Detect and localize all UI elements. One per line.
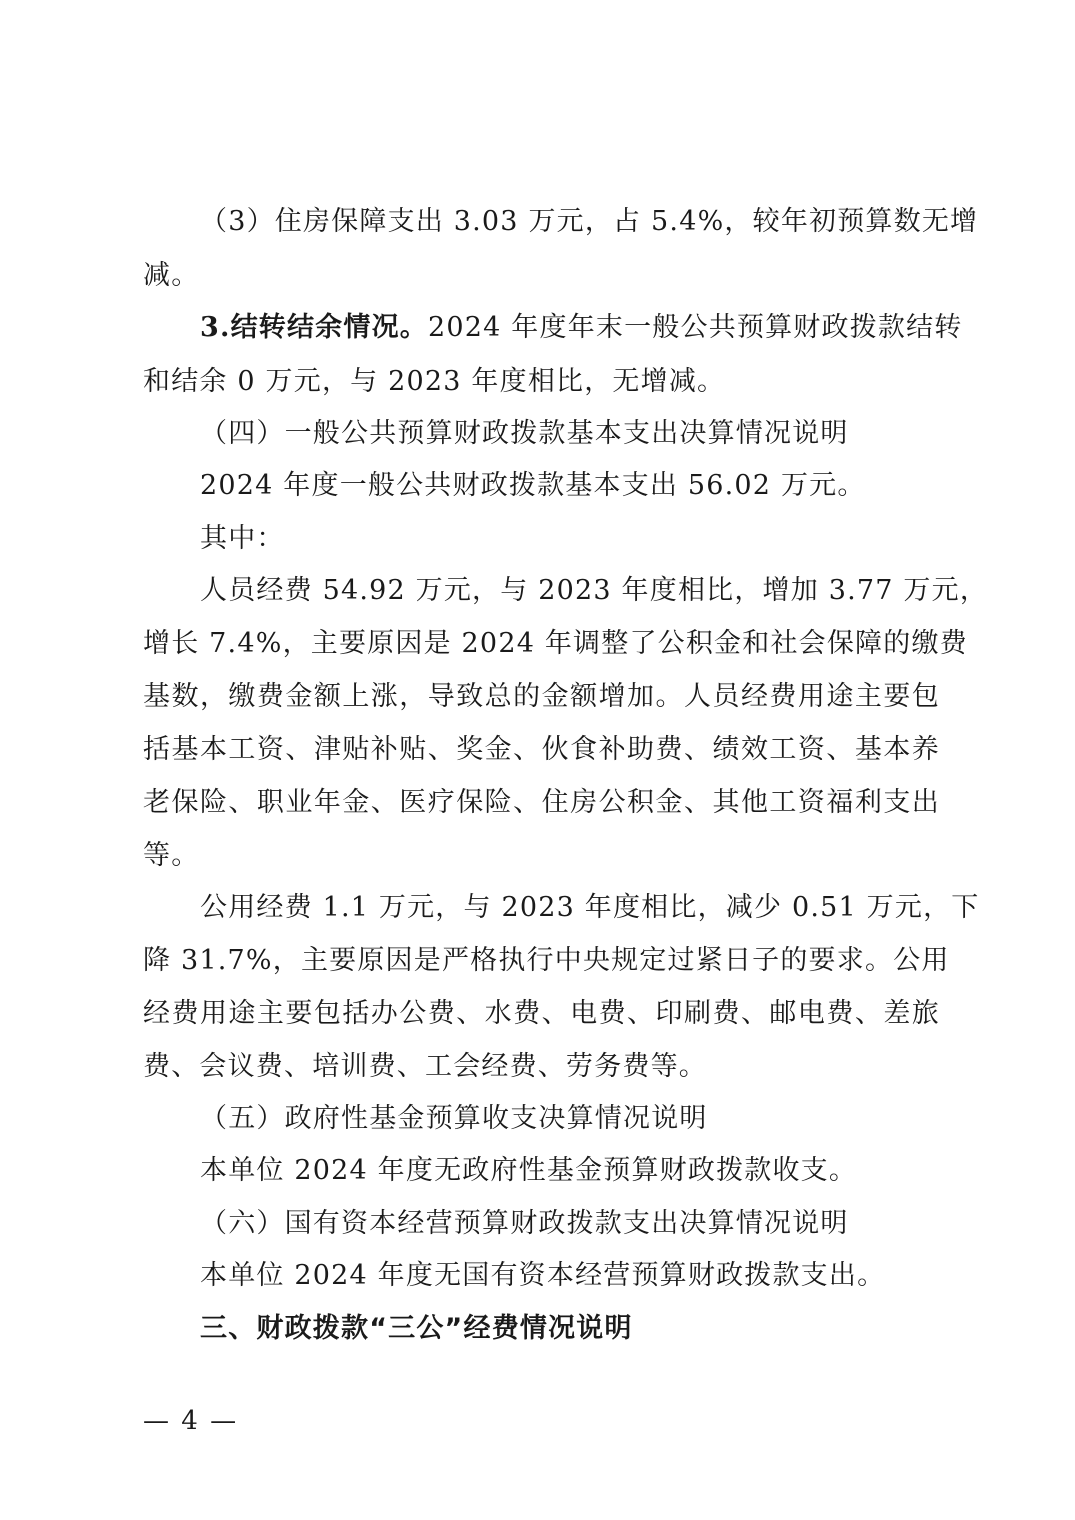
paragraph-public-line3: 经费用途主要包括办公费、水费、电费、印刷费、邮电费、差旅 <box>143 996 940 1032</box>
paragraph-personnel-line3: 基数，缴费金额上涨，导致总的金额增加。人员经费用途主要包 <box>143 679 940 715</box>
paragraph-personnel-line2: 增长 7.4%，主要原因是 2024 年调整了公积金和社会保障的缴费 <box>143 626 940 662</box>
section-heading-gov-fund: （五）政府性基金预算收支决算情况说明 <box>200 1101 1000 1137</box>
chapter-heading-three-public: 三、财政拨款“三公”经费情况说明 <box>200 1311 1000 1347</box>
carryover-text: 2024 年度年末一般公共预算财政拨款结转 <box>428 312 963 343</box>
paragraph-carryover: 3.结转结余情况。2024 年度年末一般公共预算财政拨款结转 <box>200 310 940 346</box>
section-heading-basic-expense: （四）一般公共预算财政拨款基本支出决算情况说明 <box>200 416 1000 452</box>
paragraph-public-line2: 降 31.7%，主要原因是严格执行中央规定过紧日子的要求。公用 <box>143 943 940 979</box>
paragraph-housing-expense: （3）住房保障支出 3.03 万元，占 5.4%，较年初预算数无增 <box>200 204 940 240</box>
paragraph-state-capital: 本单位 2024 年度无国有资本经营预算财政拨款支出。 <box>200 1258 1000 1294</box>
paragraph-among: 其中： <box>200 521 1000 557</box>
paragraph-gov-fund: 本单位 2024 年度无政府性基金预算财政拨款收支。 <box>200 1153 1000 1189</box>
paragraph-public-expense: 公用经费 1.1 万元，与 2023 年度相比，减少 0.51 万元，下 <box>200 890 940 926</box>
paragraph-personnel-line6: 等。 <box>143 838 943 874</box>
paragraph-public-line4: 费、会议费、培训费、工会经费、劳务费等。 <box>143 1049 943 1085</box>
paragraph-housing-expense-cont: 减。 <box>143 258 943 294</box>
section-heading-state-capital: （六）国有资本经营预算财政拨款支出决算情况说明 <box>200 1206 1000 1242</box>
paragraph-basic-expense-total: 2024 年度一般公共财政拨款基本支出 56.02 万元。 <box>200 468 1000 504</box>
paragraph-carryover-cont: 和结余 0 万元，与 2023 年度相比，无增减。 <box>143 364 943 400</box>
paragraph-personnel-line5: 老保险、职业年金、医疗保险、住房公积金、其他工资福利支出 <box>143 785 940 821</box>
paragraph-personnel-expense: 人员经费 54.92 万元，与 2023 年度相比，增加 3.77 万元， <box>200 573 940 609</box>
paragraph-personnel-line4: 括基本工资、津贴补贴、奖金、伙食补助费、绩效工资、基本养 <box>143 732 940 768</box>
document-page: （3）住房保障支出 3.03 万元，占 5.4%，较年初预算数无增 减。 3.结… <box>0 0 1075 1520</box>
page-number: — 4 — <box>143 1405 238 1437</box>
carryover-heading: 3.结转结余情况。 <box>200 312 428 343</box>
